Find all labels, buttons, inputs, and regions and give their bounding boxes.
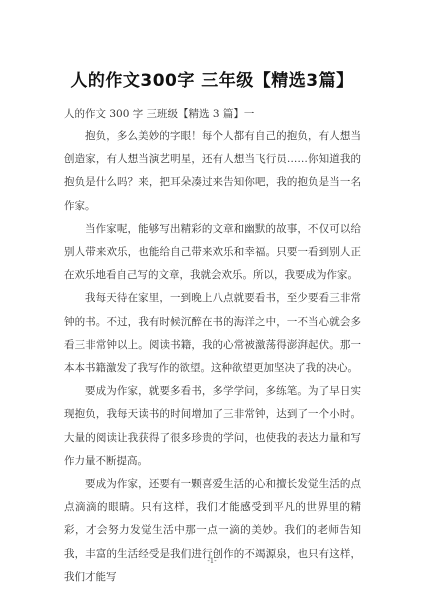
document-body: 抱负，多么美妙的字眼！每个人都有自己的抱负，有人想当创造家，有人想当演艺明星，还… — [64, 125, 361, 589]
page-number: -1- — [0, 557, 424, 565]
paragraph: 要成为作家，还要有一颗喜爱生活的心和擅长发觉生活的点点滴滴的眼睛。只有这样，我们… — [64, 473, 361, 589]
document-subtitle: 人的作文 300 字 三班级【精选 3 篇】一 — [64, 106, 254, 121]
paragraph: 抱负，多么美妙的字眼！每个人都有自己的抱负，有人想当创造家，有人想当演艺明星，还… — [64, 125, 361, 218]
document-title: 人的作文300字 三年级【精选3篇】 — [0, 66, 424, 91]
paragraph: 当作家呢，能够写出精彩的文章和幽默的故事，不仅可以给别人带来欢乐，也能给自己带来… — [64, 218, 361, 288]
paragraph: 要成为作家，就要多看书，多学学问，多练笔。为了早日实现抱负，我每天读书的时间增加… — [64, 380, 361, 473]
paragraph: 我每天待在家里，一到晚上八点就要看书，至少要看三非常钟的书。不过，我有时候沉醉在… — [64, 287, 361, 380]
